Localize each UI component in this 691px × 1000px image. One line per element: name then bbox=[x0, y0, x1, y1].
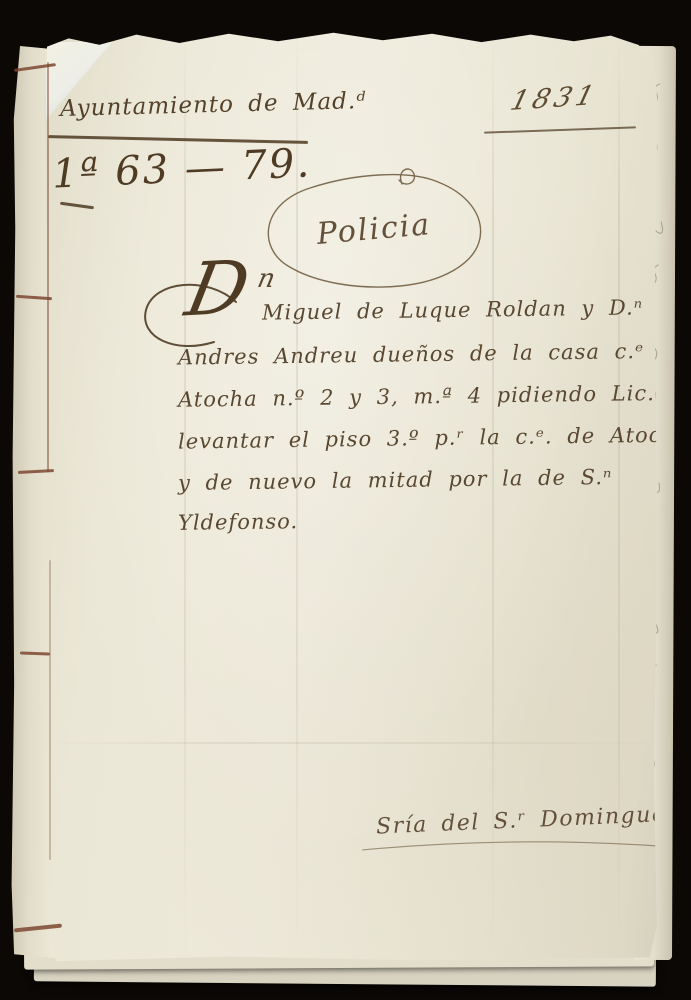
signature: Sría del S.ʳ Dominguez bbox=[376, 801, 680, 839]
spine-thread bbox=[49, 560, 51, 860]
year-label: 1831 bbox=[507, 80, 601, 117]
year-underline bbox=[484, 126, 636, 133]
body-line: Miguel de Luque Roldan y D.ⁿ bbox=[262, 295, 644, 324]
archive-header-title: Ayuntamiento de Mad.ᵈ bbox=[60, 88, 367, 122]
body-line: Yldefonso. bbox=[178, 509, 298, 535]
signature-underline bbox=[360, 838, 660, 854]
scan-backdrop: Ayuntamiento de Mad.ᵈ 1831 1ª 63 — 79. P… bbox=[0, 0, 691, 1000]
spine-thread bbox=[47, 62, 49, 472]
main-page: Ayuntamiento de Mad.ᵈ 1831 1ª 63 — 79. P… bbox=[44, 30, 660, 963]
section-title-flourish: Policia bbox=[252, 166, 496, 302]
reference-underline bbox=[60, 202, 94, 209]
body-line: y de nuevo la mitad por la de S.ⁿ bbox=[178, 465, 613, 495]
initial-superscript: n bbox=[255, 264, 278, 294]
body-line: levantar el piso 3.º p.ʳ la c.ᵉ. de Atoc… bbox=[178, 422, 690, 453]
paper-crease bbox=[44, 742, 660, 744]
body-line: Atocha n.º 2 y 3, m.ª 4 pidiendo Lic.ª p… bbox=[178, 380, 691, 411]
